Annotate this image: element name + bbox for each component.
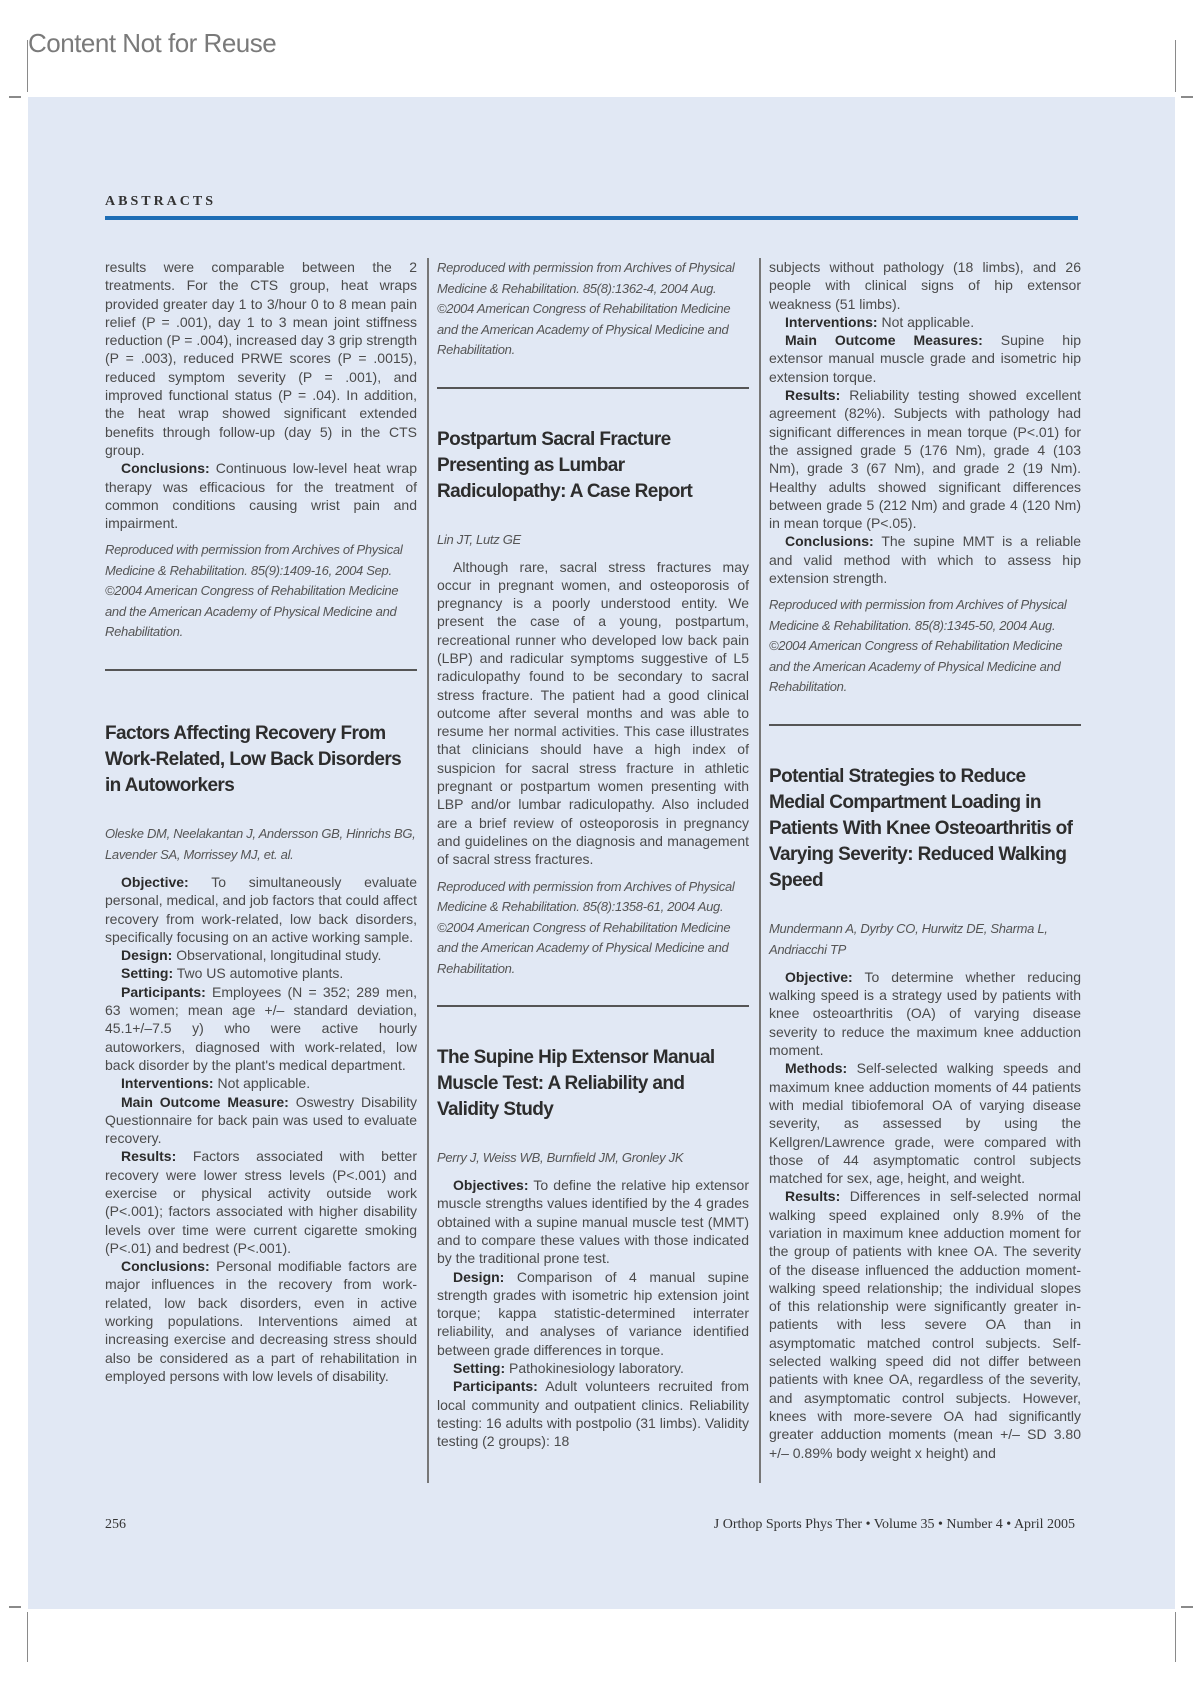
article-title: The Supine Hip Extensor Manual Muscle Te… — [437, 1045, 749, 1123]
abstract-paragraph: Participants: Adult volunteers recruited… — [437, 1377, 749, 1450]
watermark: Content Not for Reuse — [28, 28, 276, 59]
permission-credit: Reproduced with permission from Archives… — [769, 595, 1081, 698]
article-divider — [769, 724, 1081, 726]
abstract-paragraph: Objective: To simultaneously evaluate pe… — [105, 873, 417, 946]
article-authors: Mundermann A, Dyrby CO, Hurwitz DE, Shar… — [769, 918, 1081, 960]
permission-credit: Reproduced with permission from Archives… — [437, 877, 749, 980]
abstract-paragraph: Design: Observational, longitudinal stud… — [105, 946, 417, 964]
article-authors: Lin JT, Lutz GE — [437, 529, 749, 550]
crop-mark — [1181, 96, 1193, 98]
abstract-paragraph: Main Outcome Measure: Oswestry Disabilit… — [105, 1093, 417, 1148]
header-rule — [105, 216, 1078, 220]
abstract-paragraph: Objective: To determine whether reducing… — [769, 968, 1081, 1059]
crop-mark — [9, 96, 21, 98]
article-title: Factors Affecting Recovery From Work-Rel… — [105, 721, 417, 799]
abstract-paragraph: Results: Differences in self-selected no… — [769, 1187, 1081, 1461]
abstract-paragraph: Participants: Employees (N = 352; 289 me… — [105, 983, 417, 1074]
crop-mark — [1181, 1606, 1193, 1608]
crop-mark — [9, 1606, 21, 1608]
abstract-paragraph: Conclusions: Personal modifiable factors… — [105, 1257, 417, 1385]
abstract-paragraph: Setting: Two US automotive plants. — [105, 964, 417, 982]
article-divider — [437, 1005, 749, 1007]
permission-credit: Reproduced with permission from Archives… — [437, 258, 749, 361]
continued-text: subjects without pathology (18 limbs), a… — [769, 258, 1081, 313]
abstract-paragraph: Objectives: To define the relative hip e… — [437, 1176, 749, 1267]
abstract-paragraph: Methods: Self-selected walking speeds an… — [769, 1059, 1081, 1187]
column-divider — [427, 258, 429, 1483]
article-divider — [437, 387, 749, 389]
article-divider — [105, 669, 417, 671]
abstract-paragraph: Results: Factors associated with better … — [105, 1147, 417, 1257]
article-title: Potential Strategies to Reduce Medial Co… — [769, 764, 1081, 894]
crop-mark — [27, 40, 28, 92]
journal-citation: J Orthop Sports Phys Ther • Volume 35 • … — [714, 1517, 1075, 1533]
crop-mark — [27, 1612, 28, 1662]
abstract-paragraph: Main Outcome Measures: Supine hip extens… — [769, 331, 1081, 386]
abstract-paragraph: Interventions: Not applicable. — [105, 1074, 417, 1092]
conclusions-paragraph: Conclusions: Continuous low-level heat w… — [105, 459, 417, 532]
permission-credit: Reproduced with permission from Archives… — [105, 540, 417, 643]
section-label: Conclusions: — [121, 460, 210, 476]
article-title: Postpartum Sacral Fracture Presenting as… — [437, 427, 749, 505]
article-authors: Perry J, Weiss WB, Burnfield JM, Gronley… — [437, 1147, 749, 1168]
abstract-paragraph: Results: Reliability testing showed exce… — [769, 386, 1081, 532]
abstract-body: Although rare, sacral stress fractures m… — [437, 558, 749, 869]
column-3: subjects without pathology (18 limbs), a… — [769, 258, 1081, 1462]
crop-mark — [1175, 40, 1176, 92]
page-number: 256 — [105, 1517, 126, 1533]
column-2: Reproduced with permission from Archives… — [437, 258, 749, 1451]
abstract-paragraph: Design: Comparison of 4 manual supine st… — [437, 1268, 749, 1359]
abstract-paragraph: Interventions: Not applicable. — [769, 313, 1081, 331]
column-1: results were comparable between the 2 tr… — [105, 258, 417, 1385]
article-authors: Oleske DM, Neelakantan J, Andersson GB, … — [105, 823, 417, 865]
crop-mark — [1175, 1612, 1176, 1662]
abstract-paragraph: Conclusions: The supine MMT is a reliabl… — [769, 532, 1081, 587]
column-divider — [759, 258, 761, 1483]
abstract-paragraph: Setting: Pathokinesiology laboratory. — [437, 1359, 749, 1377]
section-header: ABSTRACTS — [105, 194, 216, 210]
continued-text: results were comparable between the 2 tr… — [105, 258, 417, 459]
